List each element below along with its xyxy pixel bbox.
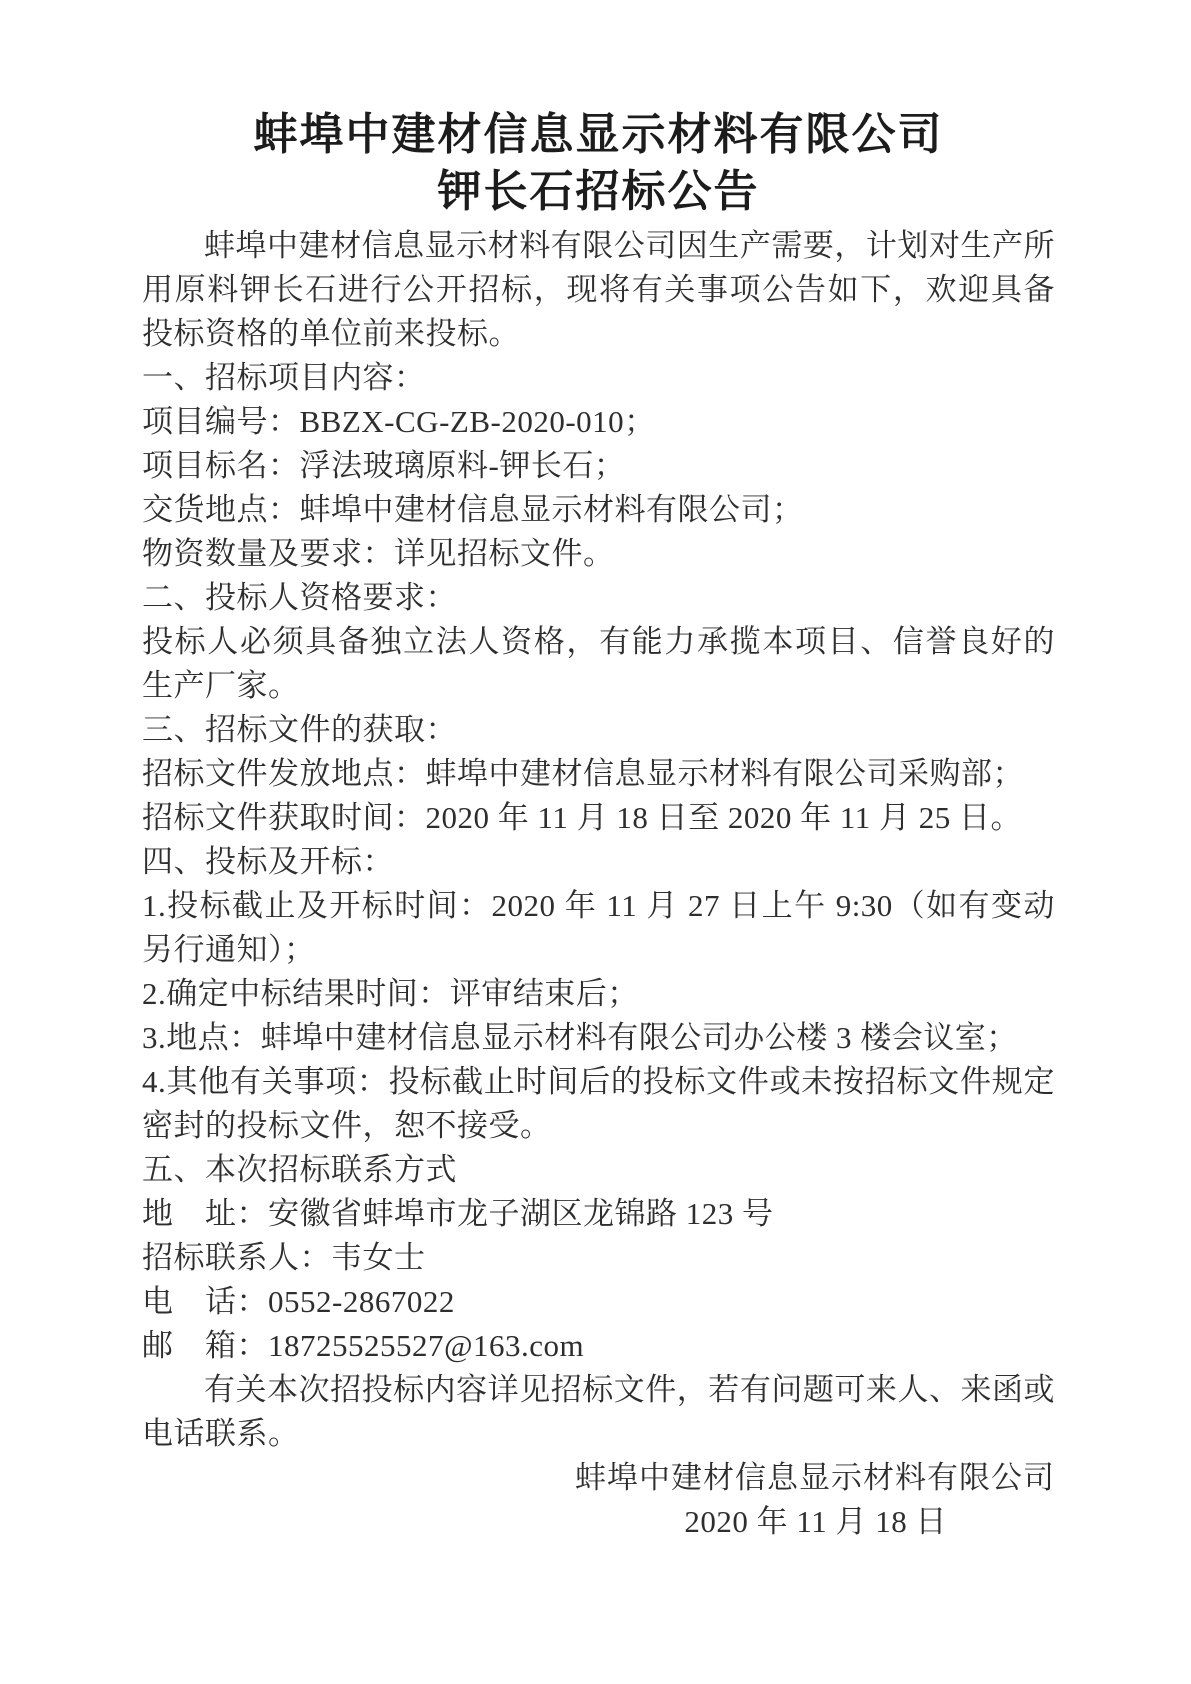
document-title-company-line: 蚌埠中建材信息显示材料有限公司 (142, 106, 1055, 163)
paragraph-closing: 有关本次招投标内容详见招标文件，若有问题可来人、来函或电话联系。 (142, 1368, 1055, 1456)
item-material-quantity: 物资数量及要求：详见招标文件。 (142, 532, 1055, 576)
item-contact-person: 招标联系人：韦女士 (142, 1236, 1055, 1280)
item-contact-address: 地 址：安徽省蚌埠市龙子湖区龙锦路 123 号 (142, 1192, 1055, 1236)
item-result-time: 2.确定中标结果时间：评审结束后； (142, 972, 1055, 1016)
document-body: 蚌埠中建材信息显示材料有限公司因生产需要，计划对生产所用原料钾长石进行公开招标，… (142, 224, 1055, 1544)
tender-announcement-document: 蚌埠中建材信息显示材料有限公司 钾长石招标公告 蚌埠中建材信息显示材料有限公司因… (0, 0, 1191, 1684)
signature-company: 蚌埠中建材信息显示材料有限公司 (142, 1456, 1055, 1500)
heading-section-2-bidder-qualification: 二、投标人资格要求： (142, 576, 1055, 620)
document-title: 蚌埠中建材信息显示材料有限公司 钾长石招标公告 (142, 106, 1055, 220)
item-contact-phone: 电 话：0552-2867022 (142, 1280, 1055, 1324)
item-bid-deadline-time: 1.投标截止及开标时间：2020 年 11 月 27 日上午 9:30（如有变动… (142, 884, 1055, 972)
item-project-name: 项目标名：浮法玻璃原料-钾长石； (142, 444, 1055, 488)
document-title-subject-line: 钾长石招标公告 (142, 163, 1055, 220)
heading-section-5-contact: 五、本次招标联系方式 (142, 1148, 1055, 1192)
heading-section-1-project-content: 一、招标项目内容： (142, 356, 1055, 400)
heading-section-4-bid-opening: 四、投标及开标： (142, 840, 1055, 884)
item-delivery-place: 交货地点：蚌埠中建材信息显示材料有限公司； (142, 488, 1055, 532)
heading-section-3-document-obtain: 三、招标文件的获取： (142, 708, 1055, 752)
item-bid-opening-location: 3.地点：蚌埠中建材信息显示材料有限公司办公楼 3 楼会议室； (142, 1016, 1055, 1060)
item-document-obtain-time: 招标文件获取时间：2020 年 11 月 18 日至 2020 年 11 月 2… (142, 796, 1055, 840)
item-contact-email: 邮 箱：18725525527@163.com (142, 1324, 1055, 1368)
signature-date: 2020 年 11 月 18 日 (142, 1500, 1055, 1544)
item-document-issue-place: 招标文件发放地点：蚌埠中建材信息显示材料有限公司采购部； (142, 752, 1055, 796)
item-other-matters: 4.其他有关事项：投标截止时间后的投标文件或未按招标文件规定密封的投标文件，恕不… (142, 1060, 1055, 1148)
paragraph-intro: 蚌埠中建材信息显示材料有限公司因生产需要，计划对生产所用原料钾长石进行公开招标，… (142, 224, 1055, 356)
paragraph-bidder-qualification: 投标人必须具备独立法人资格，有能力承揽本项目、信誉良好的生产厂家。 (142, 620, 1055, 708)
item-project-number: 项目编号：BBZX-CG-ZB-2020-010； (142, 400, 1055, 444)
